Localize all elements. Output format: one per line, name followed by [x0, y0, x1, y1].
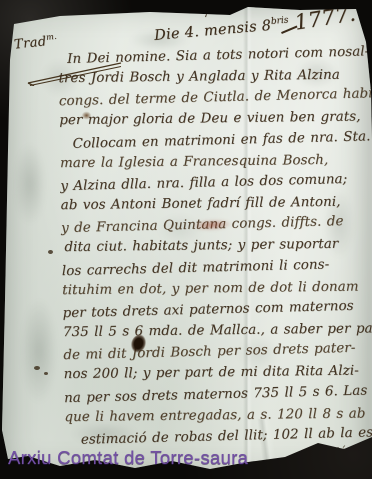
- margin-note-text: Trad: [13, 34, 47, 52]
- ink-showthrough: [8, 128, 52, 240]
- ink-showthrough: [14, 278, 64, 424]
- document-paper: † Die 4. mensis 8bris1777. Tradm. In Dei…: [0, 0, 372, 479]
- photo-backdrop: { "header": { "cross": "†", "date_prefix…: [0, 0, 372, 479]
- margin-mark: [48, 250, 53, 254]
- manuscript-text: In Dei nomine. Sia a tots notori com nos…: [58, 43, 372, 450]
- date-text: Die 4. mensis 8: [154, 18, 272, 44]
- manuscript-line-tail: ció: [329, 444, 347, 459]
- margin-mark: [34, 366, 40, 370]
- year-figure: 1777.: [293, 1, 358, 34]
- margin-mark: [44, 372, 48, 375]
- date-superscript: bris: [270, 15, 288, 26]
- paper-stain: [80, 110, 93, 121]
- date-line: Die 4. mensis 8bris1777.: [153, 3, 357, 45]
- margin-note: Tradm.: [13, 32, 58, 53]
- margin-note-superscript: m.: [46, 32, 58, 42]
- archive-stamp: Arxiu Comtat de Torre-saura: [8, 447, 248, 469]
